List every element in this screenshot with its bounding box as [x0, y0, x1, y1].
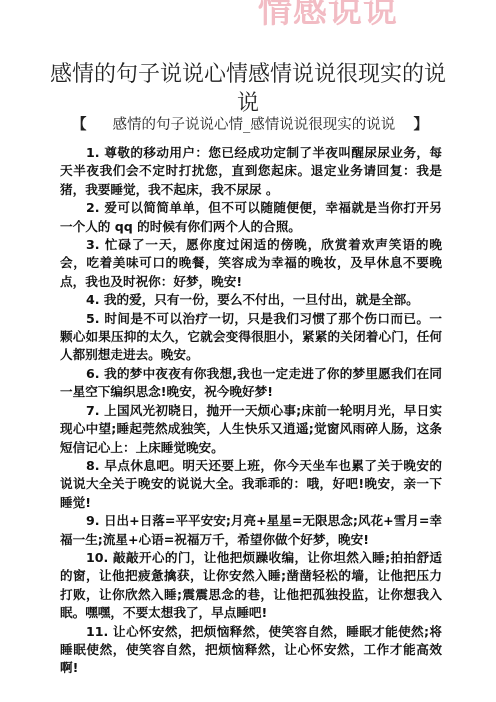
paragraph-1: 1. 尊敬的移动用户：您已经成功定制了半夜叫醒尿尿业务，每天半夜我们会不定时打扰… — [60, 144, 442, 199]
paragraph-10: 10. 敲敲开心的门，让他把烦躁收编，让你坦然入睡;拍拍舒适的窗，让他把疲惫擒获… — [60, 549, 442, 623]
paragraph-7: 7. 上国风光初晓日，抛开一天烦心事;床前一轮明月光，早日实现心中望;睡起莞然成… — [60, 402, 442, 457]
watermark-logo: 情感说说 — [258, 0, 398, 28]
close-bracket: 】 — [414, 116, 429, 134]
paragraph-6: 6. 我的梦中夜夜有你我想,我也一定走进了你的梦里愿我们在同一星空下编织思念!晚… — [60, 365, 442, 402]
paragraph-9: 9. 日出+日落=平平安安;月亮+星星=无限思念;风花+雪月=幸福一生;流星+心… — [60, 512, 442, 549]
paragraph-4: 4. 我的爱，只有一份，要么不付出，一旦付出，就是全部。 — [60, 291, 442, 309]
paragraph-11: 11. 让心怀安然，把烦恼释然，使笑容自然，睡眠才能使然;将睡眠使然，使笑容自然… — [60, 623, 442, 678]
document-title: 感情的句子说说心情感情说说很现实的说说 — [40, 60, 456, 118]
paragraph-3: 3. 忙碌了一天，愿你度过闲适的傍晚，欣赏着欢声笑语的晚会，吃着美味可口的晚餐，… — [60, 236, 442, 291]
open-bracket: 【 — [72, 116, 87, 134]
paragraph-8: 8. 早点休息吧。明天还要上班，你今天坐车也累了关于晚安的说说大全关于晚安的说说… — [60, 457, 442, 512]
subtitle-text: 感情的句子说说心情_感情说说很现实的说说 — [113, 116, 414, 134]
document-body: 1. 尊敬的移动用户：您已经成功定制了半夜叫醒尿尿业务，每天半夜我们会不定时打扰… — [60, 144, 442, 678]
paragraph-5: 5. 时间是不可以治疗一切，只是我们习惯了那个伤口而已。一颗心如果压抑的太久，它… — [60, 310, 442, 365]
document-subtitle: 【 感情的句子说说心情_感情说说很现实的说说 】 — [72, 116, 428, 134]
paragraph-2: 2. 爱可以简简单单，但不可以随随便便，幸福就是当你打开另一个人的 qq 的时候… — [60, 199, 442, 236]
